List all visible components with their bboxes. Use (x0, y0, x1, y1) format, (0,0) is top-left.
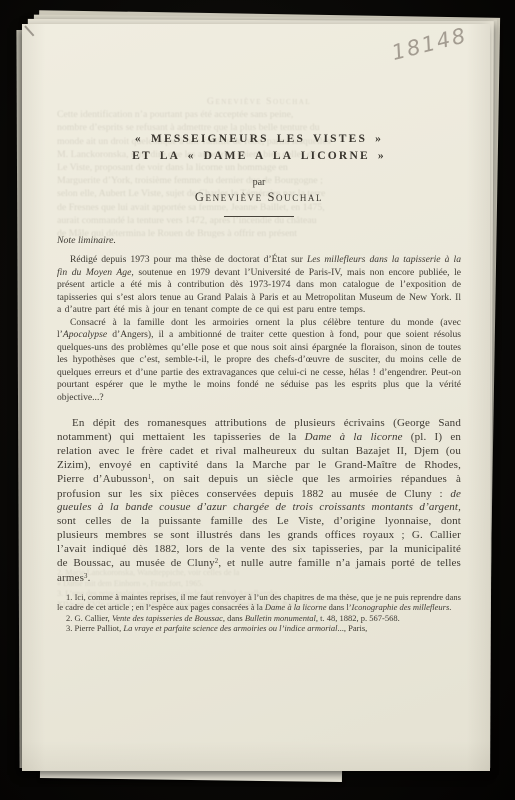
title-divider-rule (224, 216, 294, 217)
note-paragraph-1: Rédigé depuis 1973 pour ma thèse de doct… (57, 254, 461, 317)
footnote-1: 1. Ici, comme à maintes reprises, il me … (57, 592, 461, 613)
pencil-tick-mark (25, 25, 35, 36)
footnotes-section: 1. Ici, comme à maintes reprises, il me … (57, 592, 461, 634)
document-page: 18148 Geneviève SouchalCette identificat… (22, 24, 490, 771)
author-name: Geneviève Souchal (57, 190, 461, 205)
byline-prefix: par (57, 177, 461, 188)
footnote-2: 2. G. Callier, Vente des tapisseries de … (57, 613, 461, 623)
photo-background: 18148 Geneviève SouchalCette identificat… (0, 0, 515, 800)
article-content: « MESSEIGNEURS LES VISTES » ET LA « DAME… (57, 24, 461, 634)
main-paragraph: En dépit des romanesques attributions de… (57, 417, 461, 587)
footnote-3: 3. Pierre Palliot, La vraye et parfaite … (57, 623, 461, 633)
article-title-line1: « MESSEIGNEURS LES VISTES » (57, 131, 461, 148)
note-heading: Note liminaire. (57, 235, 461, 246)
article-title-line2: ET LA « DAME A LA LICORNE » (57, 148, 461, 165)
note-paragraph-2: Consacré à la famille dont les armoiries… (57, 317, 461, 405)
